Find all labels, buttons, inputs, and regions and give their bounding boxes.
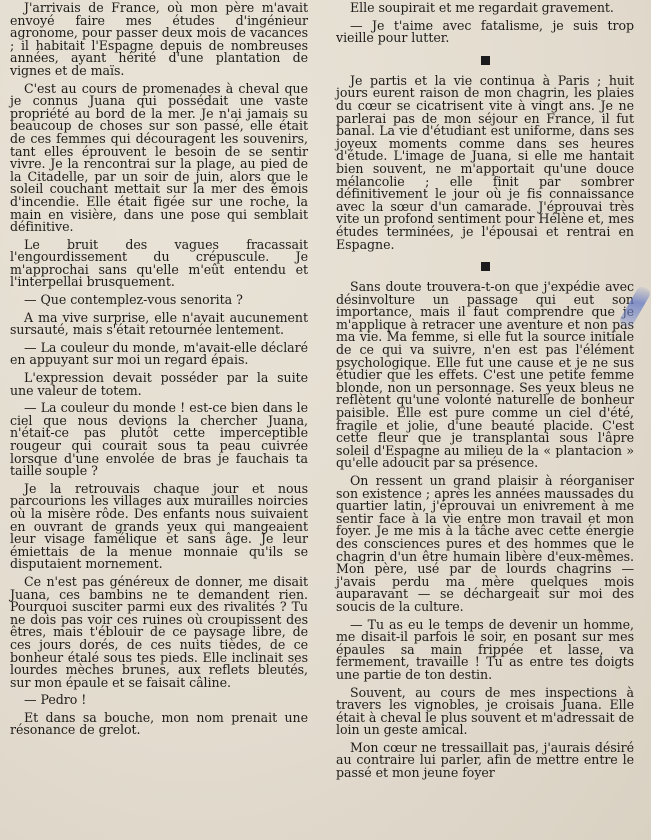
paragraph: On ressent un grand plaisir à réorganise…: [336, 475, 634, 614]
section-separator: [336, 55, 634, 67]
paragraph: Et dans sa bouche, mon nom prenait une r…: [10, 712, 308, 737]
black-square-icon: [481, 262, 490, 271]
newspaper-page: J'arrivais de France, où mon père m'avai…: [0, 0, 651, 840]
paragraph: C'est au cours de promenades à cheval qu…: [10, 83, 308, 234]
paragraph: Je la retrouvais chaque jour et nous par…: [10, 483, 308, 571]
paragraph: Mon cœur ne tressaillait pas, j'aurais d…: [336, 742, 634, 780]
dialogue-line: — Je t'aime avec fatalisme, je suis trop…: [336, 20, 634, 45]
right-column: Elle soupirait et me regardait gravement…: [336, 2, 634, 785]
paragraph: Sans doute trouvera-t-on que j'expédie a…: [336, 281, 634, 470]
dialogue-line: — Pedro !: [10, 694, 308, 707]
paragraph: Elle soupirait et me regardait gravement…: [336, 2, 634, 15]
dialogue-line: — La couleur du monde ! est-ce bien dans…: [10, 402, 308, 478]
paragraph: Souvent, au cours de mes inspections à t…: [336, 687, 634, 737]
paragraph: Ce n'est pas généreux de donner, me disa…: [10, 576, 308, 689]
paragraph: L'expression devait posséder par la suit…: [10, 372, 308, 397]
paragraph: A ma vive surprise, elle n'avait aucunem…: [10, 312, 308, 337]
paragraph: Le bruit des vagues fracassait l'engourd…: [10, 239, 308, 289]
left-column: J'arrivais de France, où mon père m'avai…: [10, 2, 308, 742]
paragraph: J'arrivais de France, où mon père m'avai…: [10, 2, 308, 78]
dialogue-line: — Que contemplez-vous senorita ?: [10, 294, 308, 307]
paragraph: Je partis et la vie continua à Paris ; h…: [336, 75, 634, 251]
dialogue-line: — La couleur du monde, m'avait-elle décl…: [10, 342, 308, 367]
black-square-icon: [481, 56, 490, 65]
section-separator: [336, 261, 634, 273]
dialogue-line: — Tu as eu le temps de devenir un homme,…: [336, 619, 634, 682]
